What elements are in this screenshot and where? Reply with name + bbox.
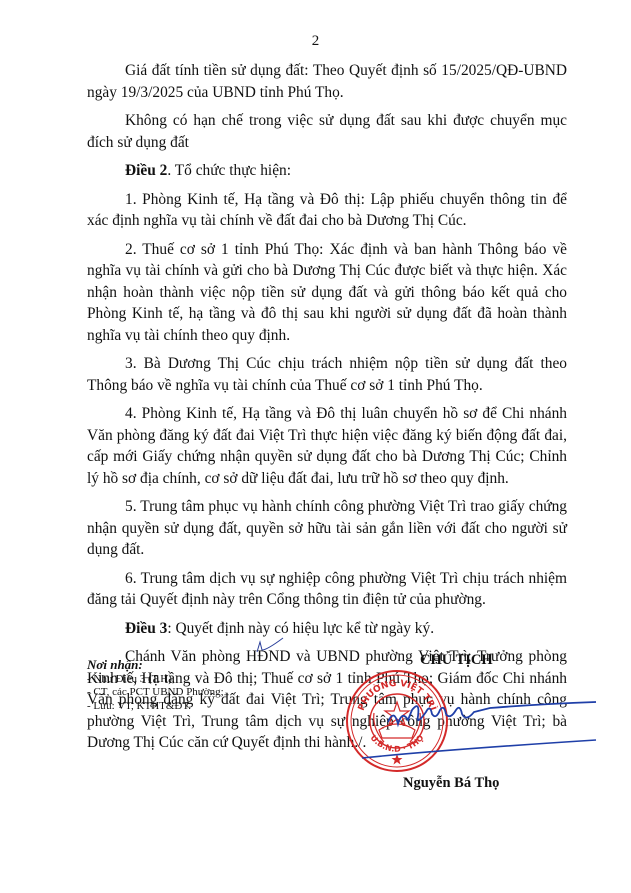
paragraph-text: : Quyết định này có hiệu lực kể từ ngày … <box>167 620 434 637</box>
paragraph-text: 6. Trung tâm dịch vụ sự nghiệp công phườ… <box>87 570 567 609</box>
page-number: 2 <box>0 33 631 50</box>
recipients-block: Nơi nhận: - Như Điều 3 (T.H); - CT, các … <box>87 658 224 713</box>
paragraph-text: Giá đất tính tiền sử dụng đất: Theo Quyế… <box>87 62 567 101</box>
paragraph: 4. Phòng Kinh tế, Hạ tầng và Đô thị luân… <box>87 403 567 489</box>
paragraph-text: 1. Phòng Kinh tế, Hạ tầng và Đô thị: Lập… <box>87 191 567 230</box>
recipient-item: - CT, các PCT UBND Phường; <box>87 686 224 700</box>
document-body: Giá đất tính tiền sử dụng đất: Theo Quyế… <box>87 60 567 761</box>
paragraph-text: . Tổ chức thực hiện: <box>167 162 291 179</box>
initial-mark <box>255 636 285 654</box>
article-heading: Điều 3 <box>125 620 167 637</box>
paragraph: 1. Phòng Kinh tế, Hạ tầng và Đô thị: Lập… <box>87 189 567 232</box>
recipient-item: - Lưu: VT, KTHT&ĐT. <box>87 700 224 714</box>
paragraph: Điều 3: Quyết định này có hiệu lực kể từ… <box>87 618 567 640</box>
paragraph-text: Không có hạn chế trong việc sử dụng đất … <box>87 112 567 151</box>
article-heading: Điều 2 <box>125 162 167 179</box>
paragraph: Giá đất tính tiền sử dụng đất: Theo Quyế… <box>87 60 567 103</box>
signer-name: Nguyễn Bá Thọ <box>403 775 499 792</box>
paragraph-text: 5. Trung tâm phục vụ hành chính công phư… <box>87 498 567 558</box>
recipient-item: - Như Điều 3 (T.H); <box>87 673 224 687</box>
paragraph: Điều 2. Tổ chức thực hiện: <box>87 160 567 182</box>
paragraph: 6. Trung tâm dịch vụ sự nghiệp công phườ… <box>87 568 567 611</box>
paragraph: 2. Thuế cơ sở 1 tỉnh Phú Thọ: Xác định v… <box>87 239 567 347</box>
paragraph: 5. Trung tâm phục vụ hành chính công phư… <box>87 496 567 561</box>
paragraph-text: 4. Phòng Kinh tế, Hạ tầng và Đô thị luân… <box>87 405 567 487</box>
paragraph: 3. Bà Dương Thị Cúc chịu trách nhiệm nộp… <box>87 353 567 396</box>
paragraph-text: 3. Bà Dương Thị Cúc chịu trách nhiệm nộp… <box>87 355 567 394</box>
signer-title: CHỦ TỊCH <box>420 652 493 669</box>
paragraph: Không có hạn chế trong việc sử dụng đất … <box>87 110 567 153</box>
paragraph-text: 2. Thuế cơ sở 1 tỉnh Phú Thọ: Xác định v… <box>87 241 567 344</box>
recipients-title: Nơi nhận: <box>87 658 224 672</box>
handwritten-signature <box>360 680 600 770</box>
